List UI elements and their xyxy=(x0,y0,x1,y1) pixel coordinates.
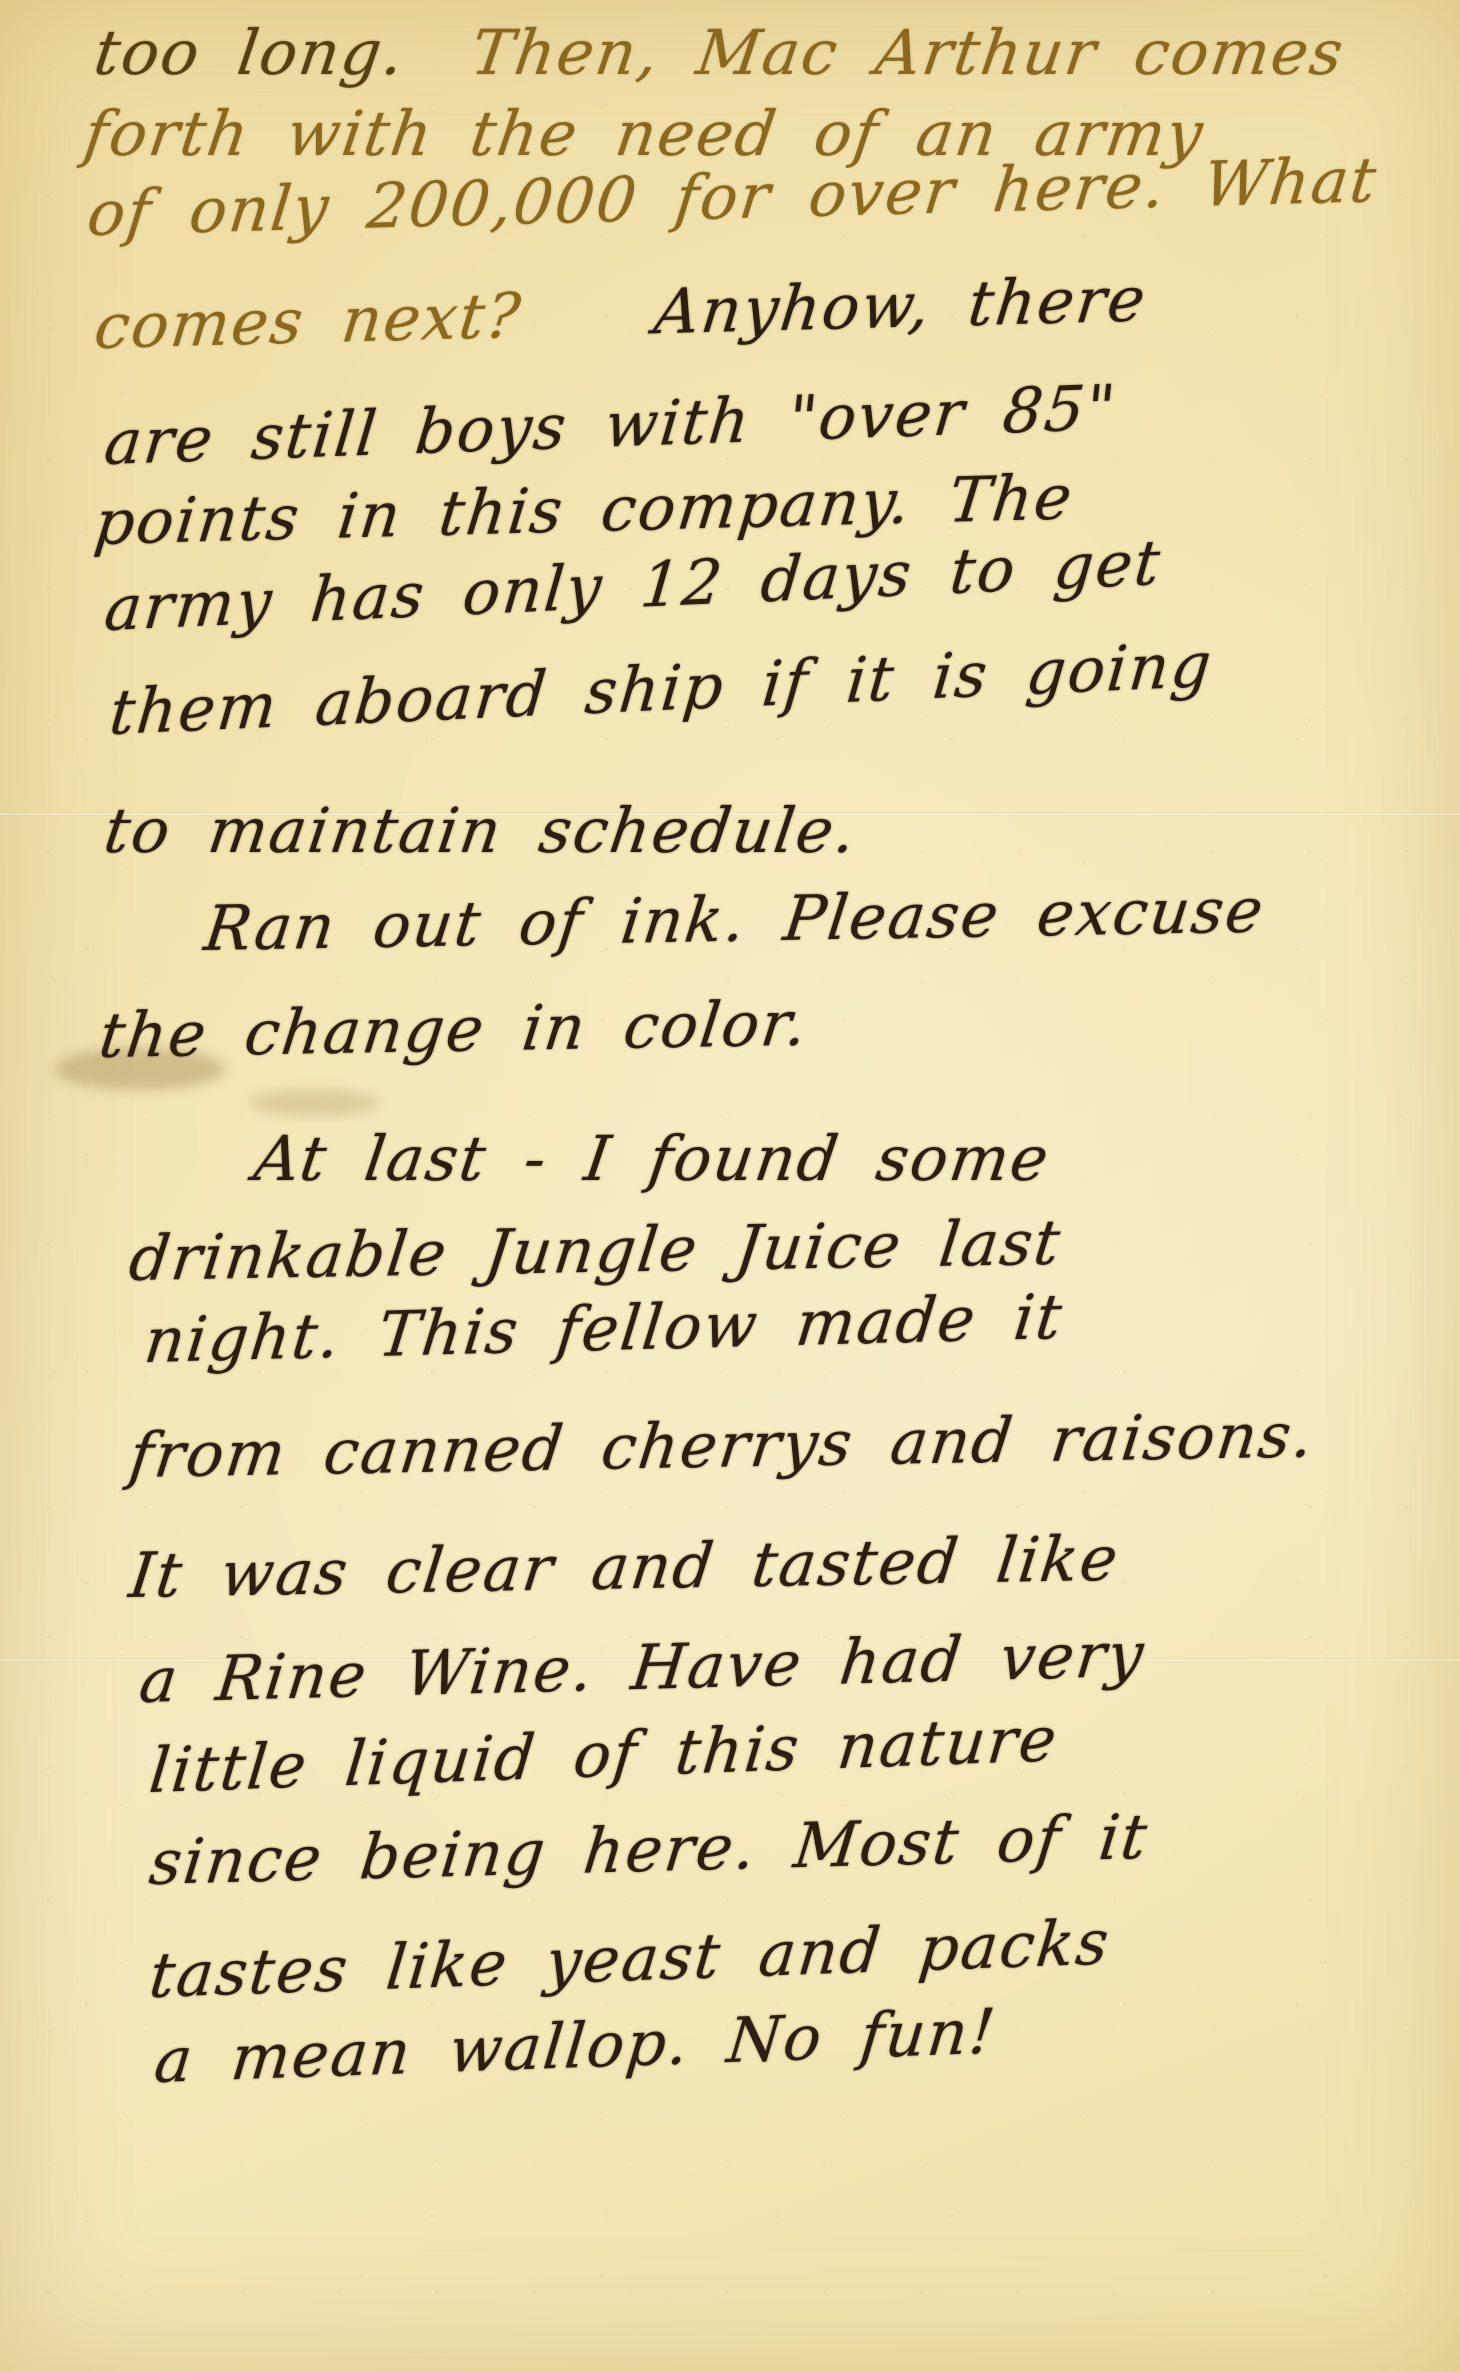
letter-page: too long. Then, Mac Arthur comes forth w… xyxy=(0,0,1460,2372)
text-segment: to maintain schedule. xyxy=(101,800,862,862)
text-segment: them aboard ship if it is going xyxy=(107,634,1216,744)
line-18: little liquid of this nature xyxy=(149,1708,1059,1802)
line-15: from canned cherrys and raisons. xyxy=(129,1404,1314,1487)
line-12: At last - I found some xyxy=(255,1128,1050,1190)
line-8: them aboard ship if it is going xyxy=(109,634,1214,744)
text-segment: It was clear and tasted like xyxy=(126,1528,1123,1607)
line-17: a Rine Wine. Have had very xyxy=(139,1624,1145,1712)
text-segment: Then, Mac Arthur comes xyxy=(468,22,1349,84)
text-segment: Anyhow, there xyxy=(651,268,1150,343)
text-segment: drinkable Jungle Juice last xyxy=(126,1212,1065,1290)
line-11: the change in color. xyxy=(99,993,808,1067)
line-9: to maintain schedule. xyxy=(105,800,857,862)
text-segment: from canned cherrys and raisons. xyxy=(126,1404,1318,1487)
ink-smudge xyxy=(250,1090,380,1116)
text-segment: tastes like yeast and packs xyxy=(147,1911,1114,2007)
text-segment: since being here. Most of it xyxy=(146,1806,1151,1894)
text-segment: night. This fellow made it xyxy=(141,1286,1066,1372)
line-19: since being here. Most of it xyxy=(149,1806,1149,1894)
text-segment: are still boys with "over 85" xyxy=(102,377,1120,475)
line-21: a mean wallop. No fun! xyxy=(154,2001,998,2092)
line-20: tastes like yeast and packs xyxy=(149,1911,1111,2006)
line-13: drinkable Jungle Juice last xyxy=(129,1212,1061,1290)
line-10: Ran out of ink. Please excuse xyxy=(204,880,1264,960)
text-segment: a Rine Wine. Have had very xyxy=(136,1624,1148,1713)
text-segment: too long. xyxy=(91,22,409,84)
text-segment: comes next? xyxy=(91,285,525,358)
text-segment: the change in color. xyxy=(96,993,812,1068)
line-16: It was clear and tasted like xyxy=(129,1528,1119,1607)
line-1: too long. Then, Mac Arthur comes xyxy=(95,22,1345,84)
text-segment: little liquid of this nature xyxy=(147,1708,1061,1802)
text-segment: At last - I found some xyxy=(251,1128,1054,1190)
text-segment: Ran out of ink. Please excuse xyxy=(201,879,1268,960)
text-segment: a mean wallop. No fun! xyxy=(152,2000,1000,2092)
line-5: are still boys with "over 85" xyxy=(104,377,1118,474)
line-14: night. This fellow made it xyxy=(144,1286,1064,1372)
line-4: comes next? Anyhow, there xyxy=(94,268,1147,358)
